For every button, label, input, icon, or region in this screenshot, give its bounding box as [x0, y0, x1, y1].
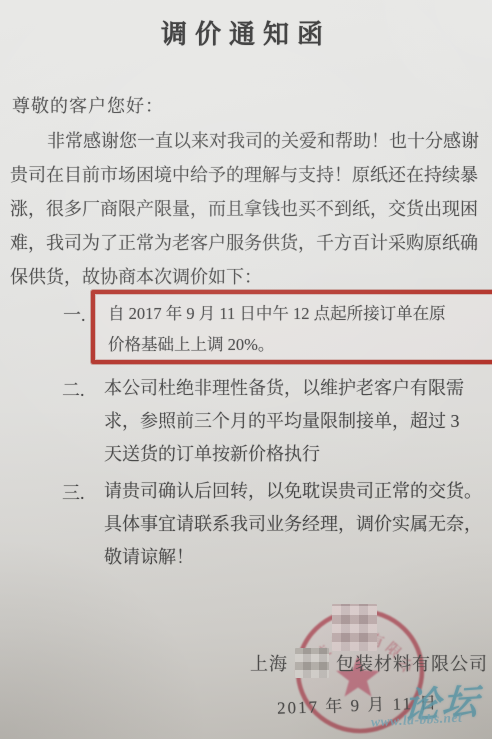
company-suffix: 包装材料有限公司: [336, 650, 488, 676]
item-3-line: 具体事宜请联系我司业务经理，调价实属无奈，: [104, 508, 482, 541]
censor-mosaic-stamp: [332, 604, 377, 651]
item-2-line: 本公司杜绝非理性备货，以维护老客户有限需: [104, 372, 464, 405]
intro-line: 保供货，故协商本次调价如下：: [10, 260, 479, 294]
salutation: 尊敬的客户您好：: [12, 92, 164, 118]
item-3-body: 请贵司确认后回转，以免耽误贵司正常的交货。 具体事宜请联系我司业务经理，调价实属…: [104, 475, 482, 574]
intro-line: 贵司在目前市场困境中给予的理解与支持！原纸还在持续暴: [10, 158, 479, 192]
highlight-box: 自 2017 年 9 月 11 日中午 12 点起所接订单在原 价格基础上上调 …: [91, 290, 492, 364]
item-3-marker: 三.: [62, 479, 85, 505]
item-1-line: 自 2017 年 9 月 11 日中午 12 点起所接订单在原: [108, 298, 492, 329]
item-2-body: 本公司杜绝非理性备货，以维护老客户有限需 求，参照前三个月的平均量限制接单，超过…: [104, 372, 464, 471]
censor-mosaic-company: [295, 648, 329, 678]
item-2-marker: 二.: [62, 376, 85, 402]
company-prefix: 上海: [250, 650, 288, 676]
item-2-line: 天送货的订单按新价格执行: [104, 438, 464, 471]
intro-line: 难，我司为了正常为老客户服务供货，千方百计采购原纸确: [10, 226, 479, 260]
intro-line: 涨，很多厂商限产限量，而且拿钱也买不到纸，交货出现困: [10, 192, 479, 226]
intro-paragraph: 非常感谢您一直以来对我司的关爱和帮助！也十分感谢 贵司在目前市场困境中给予的理解…: [10, 124, 479, 294]
item-1-line: 价格基础上上调 20%。: [108, 329, 492, 360]
item-2-line: 求，参照前三个月的平均量限制接单，超过 3: [104, 405, 464, 438]
item-3-line: 敬请谅解！: [104, 541, 482, 574]
page-title: 调价通知函: [0, 14, 492, 51]
intro-line: 非常感谢您一直以来对我司的关爱和帮助！也十分感谢: [10, 124, 479, 158]
watermark-url: www.la-bbs.net: [371, 710, 463, 731]
document-photo: 调价通知函 尊敬的客户您好： 非常感谢您一直以来对我司的关爱和帮助！也十分感谢 …: [0, 0, 492, 739]
company-name-line: 上海 包装材料有限公司: [250, 648, 488, 678]
item-1-marker: 一.: [63, 301, 86, 327]
item-3-line: 请贵司确认后回转，以免耽误贵司正常的交货。: [104, 475, 482, 508]
